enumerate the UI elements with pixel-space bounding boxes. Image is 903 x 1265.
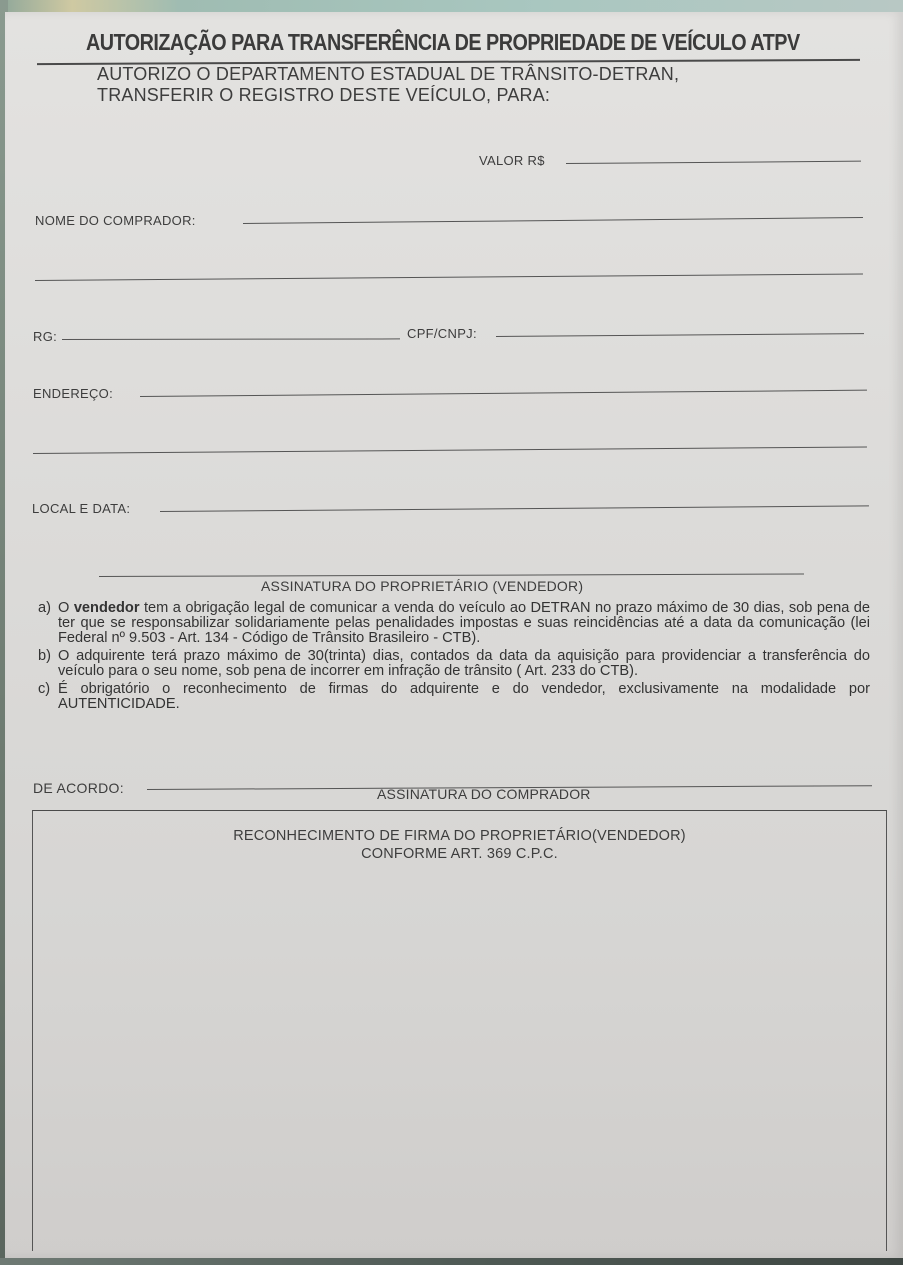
note-text: O adquirente terá prazo máximo de 30(tri… [58, 649, 870, 679]
cpf-cnpj-label: CPF/CNPJ: [407, 326, 477, 341]
note-marker: a) [38, 601, 58, 646]
notary-box-title-line-2: CONFORME ART. 369 C.P.C. [33, 845, 886, 863]
authorization-line-2: TRANSFERIR O REGISTRO DESTE VEÍCULO, PAR… [97, 85, 679, 106]
seller-signature-caption: ASSINATURA DO PROPRIETÁRIO (VENDEDOR) [261, 578, 583, 594]
buyer-signature-caption: ASSINATURA DO COMPRADOR [377, 786, 591, 802]
note-text: É obrigatório o reconhecimento de firmas… [58, 682, 870, 712]
rg-label: RG: [33, 329, 57, 344]
notary-recognition-box[interactable]: RECONHECIMENTO DE FIRMA DO PROPRIETÁRIO(… [32, 810, 887, 1251]
address-label: ENDEREÇO: [33, 386, 113, 401]
notary-box-title: RECONHECIMENTO DE FIRMA DO PROPRIETÁRIO(… [33, 827, 886, 863]
legal-notes: a) O vendedor tem a obrigação legal de c… [38, 601, 870, 715]
note-text-body: tem a obrigação legal de comunicar a ven… [58, 600, 870, 646]
note-text: O vendedor tem a obrigação legal de comu… [58, 601, 870, 646]
buyer-agreement-label: DE ACORDO: [33, 780, 124, 796]
note-text-bold: vendedor [74, 600, 140, 616]
authorization-line-1: AUTORIZO O DEPARTAMENTO ESTADUAL DE TRÂN… [97, 64, 679, 85]
legal-note-c: c) É obrigatório o reconhecimento de fir… [38, 682, 870, 712]
notary-box-title-line-1: RECONHECIMENTO DE FIRMA DO PROPRIETÁRIO(… [33, 827, 886, 845]
note-marker: c) [38, 682, 58, 712]
legal-note-b: b) O adquirente terá prazo máximo de 30(… [38, 649, 870, 679]
document-title: AUTORIZAÇÃO PARA TRANSFERÊNCIA DE PROPRI… [86, 29, 757, 56]
legal-note-a: a) O vendedor tem a obrigação legal de c… [38, 601, 870, 646]
background-surface-bottom [0, 1258, 903, 1265]
authorization-statement: AUTORIZO O DEPARTAMENTO ESTADUAL DE TRÂN… [97, 64, 679, 106]
note-text-lead: O [58, 600, 74, 616]
note-marker: b) [38, 649, 58, 679]
buyer-name-label: NOME DO COMPRADOR: [35, 213, 196, 228]
place-date-label: LOCAL E DATA: [32, 501, 130, 516]
valor-label: VALOR R$ [479, 153, 545, 168]
